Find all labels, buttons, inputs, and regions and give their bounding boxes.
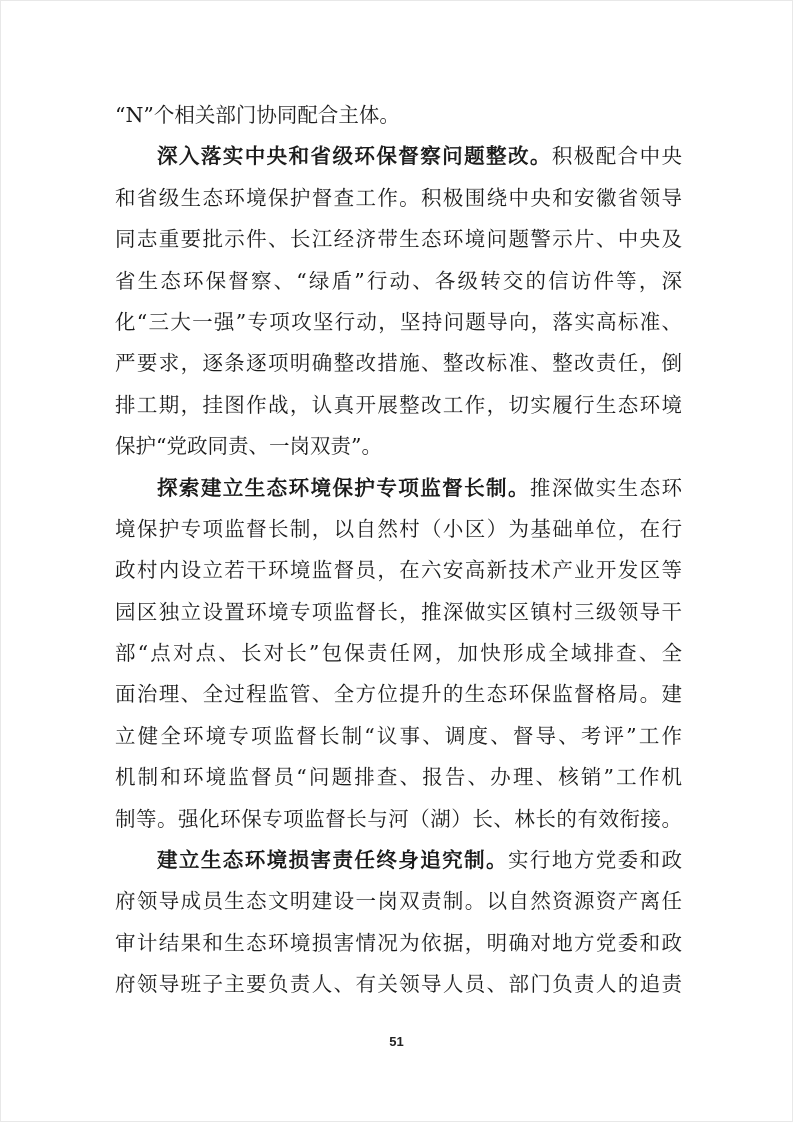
line-text: 机制和环境监督员“问题排查、报告、办理、核销”工作机 (115, 765, 682, 789)
text-line: 府领导成员生态文明建设一岗双责制。以自然资源资产离任 (115, 881, 682, 922)
text-line: 立健全环境专项监督长制“议事、调度、督导、考评”工作 (115, 716, 682, 757)
line-text: 和省级生态环境保护督查工作。积极围绕中央和安徽省领导 (115, 186, 682, 210)
line-text: “N”个相关部门协同配合主体。 (115, 103, 400, 127)
text-line: 建立生态环境损害责任终身追究制。实行地方党委和政 (115, 840, 682, 881)
line-text: 府领导成员生态文明建设一岗双责制。以自然资源资产离任 (115, 889, 682, 913)
body-text: “N”个相关部门协同配合主体。 深入落实中央和省级环保督察问题整改。积极配合中央… (115, 95, 682, 1006)
text-line: 制等。强化环保专项监督长与河（湖）长、林长的有效衔接。 (115, 799, 682, 840)
text-line: 探索建立生态环境保护专项监督长制。推深做实生态环 (115, 468, 682, 509)
text-line: 政村内设立若干环境监督员，在六安高新技术产业开发区等 (115, 550, 682, 591)
line-text: 审计结果和生态环境损害情况为依据，明确对地方党委和政 (115, 931, 682, 955)
line-text: 面治理、全过程监管、全方位提升的生态环保监督格局。建 (115, 682, 682, 706)
line-text: 园区独立设置环境专项监督长，推深做实区镇村三级领导干 (115, 600, 682, 624)
document-page: “N”个相关部门协同配合主体。 深入落实中央和省级环保督察问题整改。积极配合中央… (0, 0, 793, 1122)
line-text: 政村内设立若干环境监督员，在六安高新技术产业开发区等 (115, 558, 682, 582)
text-line: 境保护专项监督长制，以自然村（小区）为基础单位，在行 (115, 509, 682, 550)
line-text: 省生态环保督察、“绿盾”行动、各级转交的信访件等，深 (115, 269, 682, 293)
line-text: 推深做实生态环 (530, 476, 682, 500)
bold-lead-text: 探索建立生态环境保护专项监督长制。 (157, 476, 530, 500)
text-line: 排工期，挂图作战，认真开展整改工作，切实履行生态环境 (115, 385, 682, 426)
line-text: 排工期，挂图作战，认真开展整改工作，切实履行生态环境 (115, 393, 682, 417)
line-text: 制等。强化环保专项监督长与河（湖）长、林长的有效衔接。 (115, 807, 682, 831)
line-text: 化“三大一强”专项攻坚行动，坚持问题导向，落实高标准、 (115, 310, 682, 334)
text-line: 深入落实中央和省级环保督察问题整改。积极配合中央 (115, 136, 682, 177)
text-line: 严要求，逐条逐项明确整改措施、整改标准、整改责任，倒 (115, 343, 682, 384)
text-line: 审计结果和生态环境损害情况为依据，明确对地方党委和政 (115, 923, 682, 964)
text-line: 府领导班子主要负责人、有关领导人员、部门负责人的追责 (115, 964, 682, 1005)
text-line: 机制和环境监督员“问题排查、报告、办理、核销”工作机 (115, 757, 682, 798)
line-text: 部“点对点、长对长”包保责任网，加快形成全域排查、全 (115, 641, 682, 665)
text-line: 化“三大一强”专项攻坚行动，坚持问题导向，落实高标准、 (115, 302, 682, 343)
line-text: 实行地方党委和政 (508, 848, 682, 872)
text-line: 保护“党政同责、一岗双责”。 (115, 426, 682, 467)
text-line: 面治理、全过程监管、全方位提升的生态环保监督格局。建 (115, 674, 682, 715)
text-line: 和省级生态环境保护督查工作。积极围绕中央和安徽省领导 (115, 178, 682, 219)
bold-lead-text: 建立生态环境损害责任终身追究制。 (157, 848, 508, 872)
text-line: 同志重要批示件、长江经济带生态环境问题警示片、中央及 (115, 219, 682, 260)
line-text: 境保护专项监督长制，以自然村（小区）为基础单位，在行 (115, 517, 682, 541)
line-text: 立健全环境专项监督长制“议事、调度、督导、考评”工作 (115, 724, 682, 748)
text-line: 部“点对点、长对长”包保责任网，加快形成全域排查、全 (115, 633, 682, 674)
line-text: 府领导班子主要负责人、有关领导人员、部门负责人的追责 (115, 972, 682, 996)
text-line: 园区独立设置环境专项监督长，推深做实区镇村三级领导干 (115, 592, 682, 633)
text-line: 省生态环保督察、“绿盾”行动、各级转交的信访件等，深 (115, 261, 682, 302)
page-number: 51 (1, 1034, 792, 1049)
line-text: 同志重要批示件、长江经济带生态环境问题警示片、中央及 (115, 227, 682, 251)
line-text: 严要求，逐条逐项明确整改措施、整改标准、整改责任，倒 (115, 351, 682, 375)
line-text: 保护“党政同责、一岗双责”。 (115, 434, 382, 458)
line-text: 积极配合中央 (552, 144, 682, 168)
text-line: “N”个相关部门协同配合主体。 (115, 95, 682, 136)
bold-lead-text: 深入落实中央和省级环保督察问题整改。 (157, 144, 552, 168)
